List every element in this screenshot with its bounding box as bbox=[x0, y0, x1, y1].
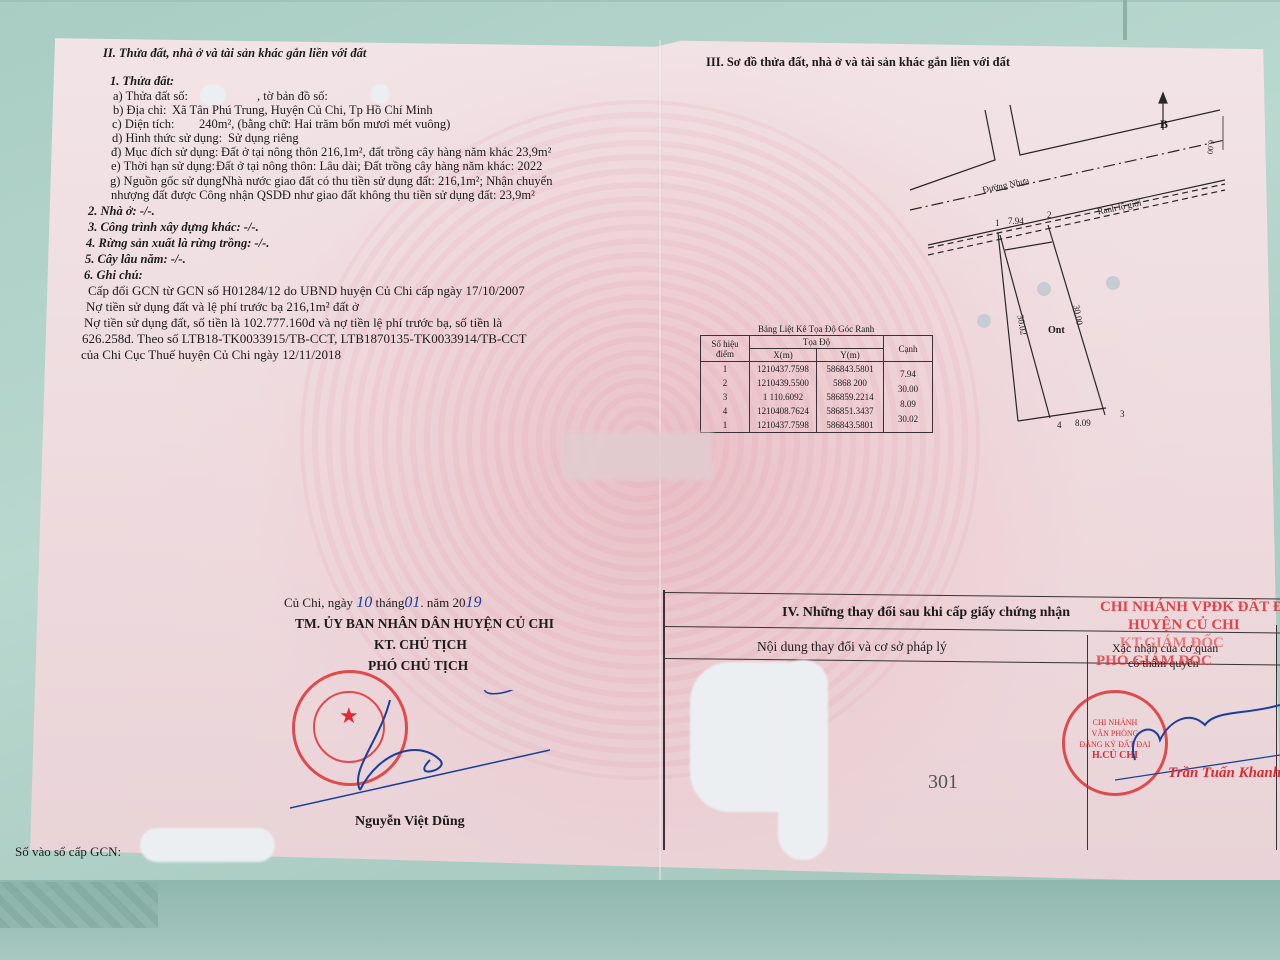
signature bbox=[290, 690, 560, 810]
cell-point: 2 bbox=[701, 376, 750, 390]
house-field: 2. Nhà ở: -/-. bbox=[88, 204, 155, 218]
address-value: Xã Tân Phú Trung, Huyện Củ Chi, Tp Hồ Ch… bbox=[172, 103, 433, 117]
edge-label-bottom: 8.09 bbox=[1075, 416, 1091, 430]
edge-value: 30.00 bbox=[888, 382, 928, 397]
parcel-map bbox=[880, 85, 1260, 435]
vice-chairman: PHÓ CHỦ TỊCH bbox=[368, 659, 468, 673]
redaction-blot bbox=[140, 828, 275, 862]
corner-label: 2 bbox=[1047, 208, 1052, 222]
kt-chairman: KT. CHỦ TỊCH bbox=[374, 638, 467, 652]
stamp-line-4: PHÓ GIÁM ĐỐC bbox=[1096, 654, 1212, 668]
edge-value: 8.09 bbox=[888, 397, 928, 412]
tile-grout bbox=[0, 0, 1280, 2]
corner-label: 3 bbox=[1120, 407, 1125, 421]
north-label: B bbox=[1160, 117, 1168, 131]
coordinate-table: Số hiệu điểm Tọa Độ Cạnh X(m) Y(m) 1 121… bbox=[700, 335, 933, 433]
cell-y: 586859.2214 bbox=[817, 390, 884, 404]
col-y: Y(m) bbox=[817, 349, 884, 362]
pixelated-area bbox=[0, 882, 158, 928]
redaction-dot bbox=[1037, 282, 1051, 296]
table-row: 1 1210437.7598 586843.5801 7.94 30.00 8.… bbox=[701, 362, 933, 377]
land-heading: 1. Thửa đất: bbox=[110, 74, 174, 88]
other-construction-field: 3. Công trình xây dựng khác: -/-. bbox=[88, 220, 259, 234]
edge-value: 30.02 bbox=[888, 412, 928, 427]
redaction-dot bbox=[1106, 276, 1120, 290]
section-3-title: III. Sơ đồ thửa đất, nhà ở và tài sản kh… bbox=[706, 55, 1010, 69]
coord-table-title: Bảng Liệt Kê Tọa Độ Góc Ranh bbox=[758, 322, 874, 336]
date-prefix: Củ Chi, ngày bbox=[284, 595, 353, 610]
date-line: Củ Chi, ngày 10 tháng01. năm 2019 bbox=[284, 596, 482, 610]
officer-name: Trần Tuấn Khanh bbox=[1168, 766, 1280, 780]
stamp-line-1: CHI NHÁNH VPĐK ĐẤT ĐAI bbox=[1100, 600, 1280, 614]
stamp-line-3: KT.GIÁM ĐỐC bbox=[1120, 636, 1224, 650]
cell-point: 4 bbox=[701, 404, 750, 418]
usage-purpose-label: đ) Mục đích sử dụng: bbox=[111, 145, 218, 159]
cell-x: 1210408.7624 bbox=[750, 404, 817, 418]
usage-form-value: Sử dụng riêng bbox=[228, 131, 299, 145]
parcel-land-type: Ont bbox=[1048, 324, 1065, 338]
origin-value-cont: nhượng đất được Công nhận QSDĐ như giao … bbox=[111, 188, 535, 202]
origin-value: Nhà nước giao đất có thu tiền sử dụng đấ… bbox=[222, 174, 552, 188]
handwritten-note: 301 bbox=[928, 775, 958, 789]
authority-title: TM. ỦY BAN NHÂN DÂN HUYỆN CỦ CHI bbox=[295, 617, 554, 631]
redaction-dot bbox=[977, 314, 991, 328]
corner-label: 1 bbox=[995, 216, 1000, 230]
usage-purpose-value: Đất ở tại nông thôn 216,1m², đất trồng c… bbox=[221, 145, 551, 159]
origin-label: g) Nguồn gốc sử dụng: bbox=[110, 174, 225, 188]
cell-point: 1 bbox=[701, 362, 750, 377]
signer-name: Nguyễn Việt Dũng bbox=[355, 815, 465, 829]
tile-grout bbox=[1123, 0, 1127, 40]
cell-x: 1210437.7598 bbox=[750, 418, 817, 433]
notes-heading: 6. Ghi chú: bbox=[84, 268, 143, 282]
address-label: b) Địa chỉ: bbox=[113, 103, 166, 117]
note-line: Nợ tiền sử dụng đất và lệ phí trước bạ 2… bbox=[86, 300, 359, 314]
month-label: tháng bbox=[375, 595, 404, 610]
note-line: của Chi Cục Thuế huyện Củ Chi ngày 12/11… bbox=[81, 348, 341, 362]
register-number-label: Số vào sổ cấp GCN: bbox=[15, 845, 121, 859]
col-x: X(m) bbox=[750, 349, 817, 362]
cell-y: 586851.3437 bbox=[817, 404, 884, 418]
cell-y: 5868 200 bbox=[817, 376, 884, 390]
cell-edges: 7.94 30.00 8.09 30.02 bbox=[884, 362, 933, 433]
redaction-blot bbox=[370, 84, 390, 104]
date-month: 01 bbox=[404, 594, 420, 611]
col-coords: Tọa Độ bbox=[750, 336, 884, 349]
section-2-title: II. Thửa đất, nhà ở và tài sản khác gắn … bbox=[103, 46, 366, 60]
col-edge: Cạnh bbox=[884, 336, 933, 362]
edge-value: 7.94 bbox=[888, 367, 928, 382]
col-content-header: Nội dung thay đổi và cơ sở pháp lý bbox=[757, 640, 947, 654]
corner-label: 4 bbox=[1057, 418, 1062, 432]
map-sheet-label: , tờ bản đồ số: bbox=[257, 89, 328, 103]
year-label: năm 20 bbox=[427, 595, 466, 610]
section-4-title: IV. Những thay đổi sau khi cấp giấy chứn… bbox=[782, 606, 1070, 620]
edge-label-top: 7.94 bbox=[1008, 214, 1024, 228]
cell-x: 1210439.5500 bbox=[750, 376, 817, 390]
pixelated-area bbox=[563, 432, 713, 480]
cell-y: 586843.5801 bbox=[817, 418, 884, 433]
date-day: 10 bbox=[356, 594, 372, 611]
perennial-field: 5. Cây lâu năm: -/-. bbox=[85, 252, 186, 266]
redaction-blot bbox=[778, 660, 828, 860]
cell-point: 1 bbox=[701, 418, 750, 433]
road-width-label: 6.00 bbox=[1202, 139, 1217, 154]
forest-field: 4. Rừng sản xuất là rừng trồng: -/-. bbox=[86, 236, 269, 250]
cell-x: 1 110.6092 bbox=[750, 390, 817, 404]
note-line: Cấp đổi GCN từ GCN số H01284/12 do UBND … bbox=[88, 284, 525, 298]
date-year: 19 bbox=[466, 594, 482, 611]
table-surface bbox=[0, 880, 1280, 960]
cell-x: 1210437.7598 bbox=[750, 362, 817, 377]
stamp-line-2: HUYỆN CỦ CHI bbox=[1128, 618, 1240, 632]
area-label: c) Diện tích: bbox=[112, 117, 174, 131]
cell-point: 3 bbox=[701, 390, 750, 404]
area-value: 240m², (bằng chữ: Hai trăm bốn mươi mét … bbox=[199, 117, 450, 131]
usage-term-value: Đất ở tại nông thôn: Lâu dài; Đất trồng … bbox=[216, 159, 542, 173]
usage-term-label: e) Thời hạn sử dụng: bbox=[111, 159, 215, 173]
cell-y: 586843.5801 bbox=[817, 362, 884, 377]
usage-form-label: d) Hình thức sử dụng: bbox=[112, 131, 222, 145]
col-point: Số hiệu điểm bbox=[701, 336, 750, 362]
parcel-number-label: a) Thửa đất số: bbox=[113, 89, 188, 103]
note-line: 626.258đ. Theo số LTB18-TK0033915/TB-CCT… bbox=[82, 332, 527, 346]
note-line: Nợ tiền sử dụng đất, số tiền là 102.777.… bbox=[84, 316, 502, 330]
